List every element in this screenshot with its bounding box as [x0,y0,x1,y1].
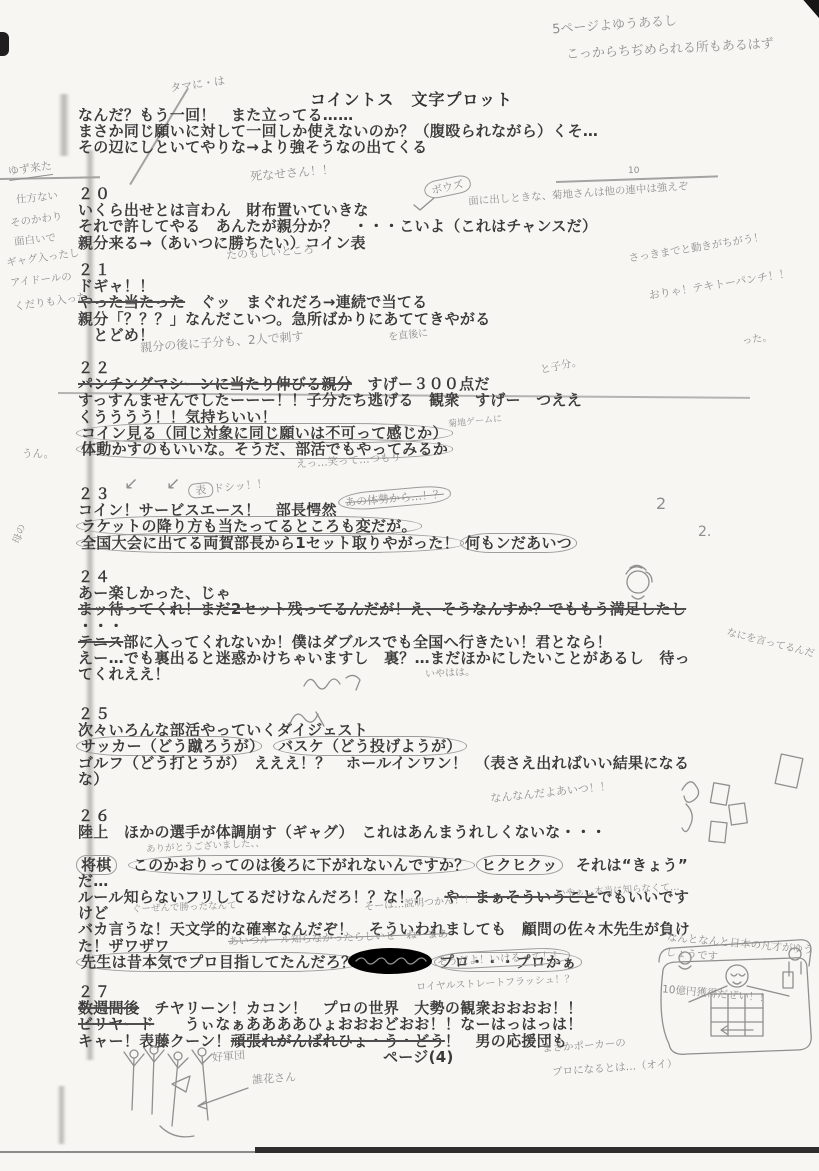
typed-segment: 親分来る→（あいつに勝ちたい）コイン表 [78,234,366,252]
typed-line: 陸上 ほかの選手が体調崩す（ギャグ） これはあんまうれしくないな・・・ [78,824,690,840]
scribble-doodle [286,704,330,734]
scribble-doodle [300,670,370,696]
typed-line: 全国大会に出てる両賀部長から1セット取りやがった！何もンだあいつ [78,535,575,551]
typed-segment: ゴルフ（どう打とうが） えええ！？ ホールインワン！ （表さえ出ればいい結果にな… [78,754,689,772]
typed-segment: てくれええ！ [78,665,170,683]
section-23: ２３ コイン！サービスエース！ 部長愕然ラケットの降り方も当たってるところも変だ… [78,486,575,551]
margin-note-shikata: 仕方ない [15,188,58,207]
typed-line: 親分来る→（あいつに勝ちたい）コイン表 [78,235,597,251]
handnote-nani-itteru: なにを言ってるんだ [726,623,817,659]
section-number: ２３ [78,486,575,502]
margin-note-idol: アイドールの [9,269,72,290]
section-22: ２２ パンチングマシーンに当たり伸びる親分 すげー３００点だすっすんませんでした… [78,360,582,457]
typed-line: てくれええ！ [78,666,690,682]
handnote-un: うん。 [22,446,54,461]
section-lines: コイン！サービスエース！ 部長愕然ラケットの降り方も当たってるところも変だが。全… [78,502,575,551]
typed-segment: な） [78,770,109,788]
typed-segment: それは“きょう” [561,856,688,874]
typed-segment: その辺にしといてやりな→より強そうなの出てくる [78,138,427,156]
typed-line: その辺にしといてやりな→より強そうなの出てくる [78,139,598,155]
typed-line: まッ待ってくれ！まだ2セット残ってるんだが！え、そうなんすか？でももう満足したし [78,601,690,617]
typed-line: パンチングマシーンに当たり伸びる親分 すげー３００点だ [78,376,582,392]
section-25: ２５ 次々いろんな部活やっていくダイジェストサッカー（どう蹴ろうが） バスケ（ど… [78,706,689,787]
typed-line: ビリヤード うぃなぁああああひょおおおどおお！！なーはっはっは！ [78,1016,583,1032]
face-sketch-doodle [612,556,664,608]
typed-segment: 陸上 ほかの選手が体調崩す（ギャグ） これはあんまうれしくないな・・・ [78,823,606,841]
page-number-label: ページ(4) [383,1046,454,1067]
handnote-tta: った。 [741,328,773,347]
checkmark-doodle [412,196,436,212]
handnote-number-2a: 2 [656,494,666,513]
arrow-sw-icon: ↙ [124,474,138,494]
typed-line: えー…でも裏出ると迷惑かけちゃいますし 裏？…まだほかにしたいことがあるし 待っ [78,650,690,666]
handnote-omote-circle: 表 [187,482,213,500]
section-number: ２４ [78,569,690,585]
handnote-iyahaha: いやはは。 [425,663,476,681]
scan-edge-bottom-thin [0,1151,260,1153]
scanned-manuscript-page: コイントス 文字プロット なんだ？もう一回！ また立ってる……まさか同じ願いに対… [0,0,819,1171]
typed-segment: 全国大会に出てる両賀部長から1セット取りやがった！ [76,533,464,553]
scan-mark-top-right [795,0,819,18]
intro-lines: なんだ？もう一回！ また立ってる……まさか同じ願いに対して一回しか使えないのか？… [78,107,598,156]
cheering-stick-figures-doodle [120,1040,270,1145]
typed-line: 将棋 このかおりってのは後ろに下がれないんですか？ ヒクヒクッ それは“きょう” [78,857,690,873]
section-24: ２４ あー楽しかった、じゃまッ待ってくれ！まだ2セット残ってるんだが！え、そうな… [78,569,690,682]
section-lines: いくら出せとは言わん 財布置いていきなそれで許してやる あんたが親分か？ ・・・… [78,202,597,251]
typed-line: やった当たった ぐッ まぐれだろ→連続で当てる [78,294,491,310]
illegible-bubble-doodle [346,946,434,976]
typed-line: ドギャ！！ [78,278,491,294]
scan-edge-bottom-thick [255,1147,819,1153]
typed-line: サッカー（どう蹴ろうが） バスケ（どう投げようが） [78,738,689,754]
typed-segment: このかおりってのは後ろに下がれないんですか？ [128,855,475,875]
intro-block: なんだ？もう一回！ また立ってる……まさか同じ願いに対して一回しか使えないのか？… [78,107,598,156]
typed-line: なんだ？もう一回！ また立ってる…… [78,107,598,123]
margin-note-kudari: くだりも入った [13,289,88,314]
handnote-number-2b: 2. [698,524,711,540]
flying-papers-doodle [678,770,808,854]
typed-segment: 先生は昔本気でプロ目指してたんだろ？ [76,952,361,972]
typed-line: あー楽しかった、じゃ [78,585,690,601]
typed-line: それで許してやる あんたが親分か？ ・・・こいよ（これはチャンスだ） [78,218,597,234]
handnote-shinase: 死なせさん！！ [249,160,334,184]
scan-mark-left-spot [0,32,9,56]
handnote-top-2: こっからちぢめられる所もあるはず [566,33,774,63]
handnote-top-1: 5ページよゆうあるし [551,10,677,38]
typed-line: 親分「？？？」なんだこいつ。急所ばかりにあててきやがる [78,311,491,327]
section-number: ２６ [78,808,690,824]
margin-note-sonokawari: そのかわり [9,208,63,230]
section-number: ２２ [78,360,582,376]
section-lines: 次々いろんな部活やっていくダイジェストサッカー（どう蹴ろうが） バスケ（どう投げ… [78,722,689,787]
billiard-scene-sketch [655,928,817,1070]
handnote-sakki: さっきまでと動きがちがう！ [628,229,765,265]
typed-segment: 何もンだあいつ [460,533,577,553]
arrow-sw-icon: ↙ [166,474,180,494]
scan-smudge-bottom-left [57,1086,66,1144]
handnote-above-title: タマに・は [169,72,226,95]
handnote-haha: 母の [8,522,29,546]
typed-line: すっすんませんでしたーーー！！子分たち逃げる 観衆 すげー つええ [78,392,582,408]
typed-line: ゴルフ（どう打とうが） えええ！？ ホールインワン！ （表さえ出ればいい結果にな… [78,755,689,771]
section-number: ２５ [78,706,689,722]
margin-note-omoshiroi: 面白いで [13,230,56,249]
scan-smudge-left-short [58,94,70,156]
section-lines: パンチングマシーンに当たり伸びる親分 すげー３００点だすっすんませんでしたーーー… [78,376,582,457]
section-number: ２１ [78,262,491,278]
section-lines: あー楽しかった、じゃまッ待ってくれ！まだ2セット残ってるんだが！え、そうなんすか… [78,585,690,682]
typed-line: まさか同じ願いに対して一回しか使えないのか？（腹殴られながら）くそ… [78,123,598,139]
typed-line: テニス部に入ってくれないか！僕はダブルスでも全国へ行きたい！君となら！ [78,634,690,650]
handnote-ten: 10 [628,166,639,176]
typed-line: ・・・ [78,618,690,634]
handnote-orya: おりゃ！テキトーパンチ！！ [648,265,791,303]
typed-line: 数週間後 チヤリーン！カコン！ プロの世界 大勢の観衆おおおお！！ [78,1000,583,1016]
typed-segment: ヒクヒクッ [476,855,563,875]
typed-segment: まッ待ってくれ！まだ2セット残ってるんだが！え、そうなんすか？でももう満足したし [78,600,686,618]
